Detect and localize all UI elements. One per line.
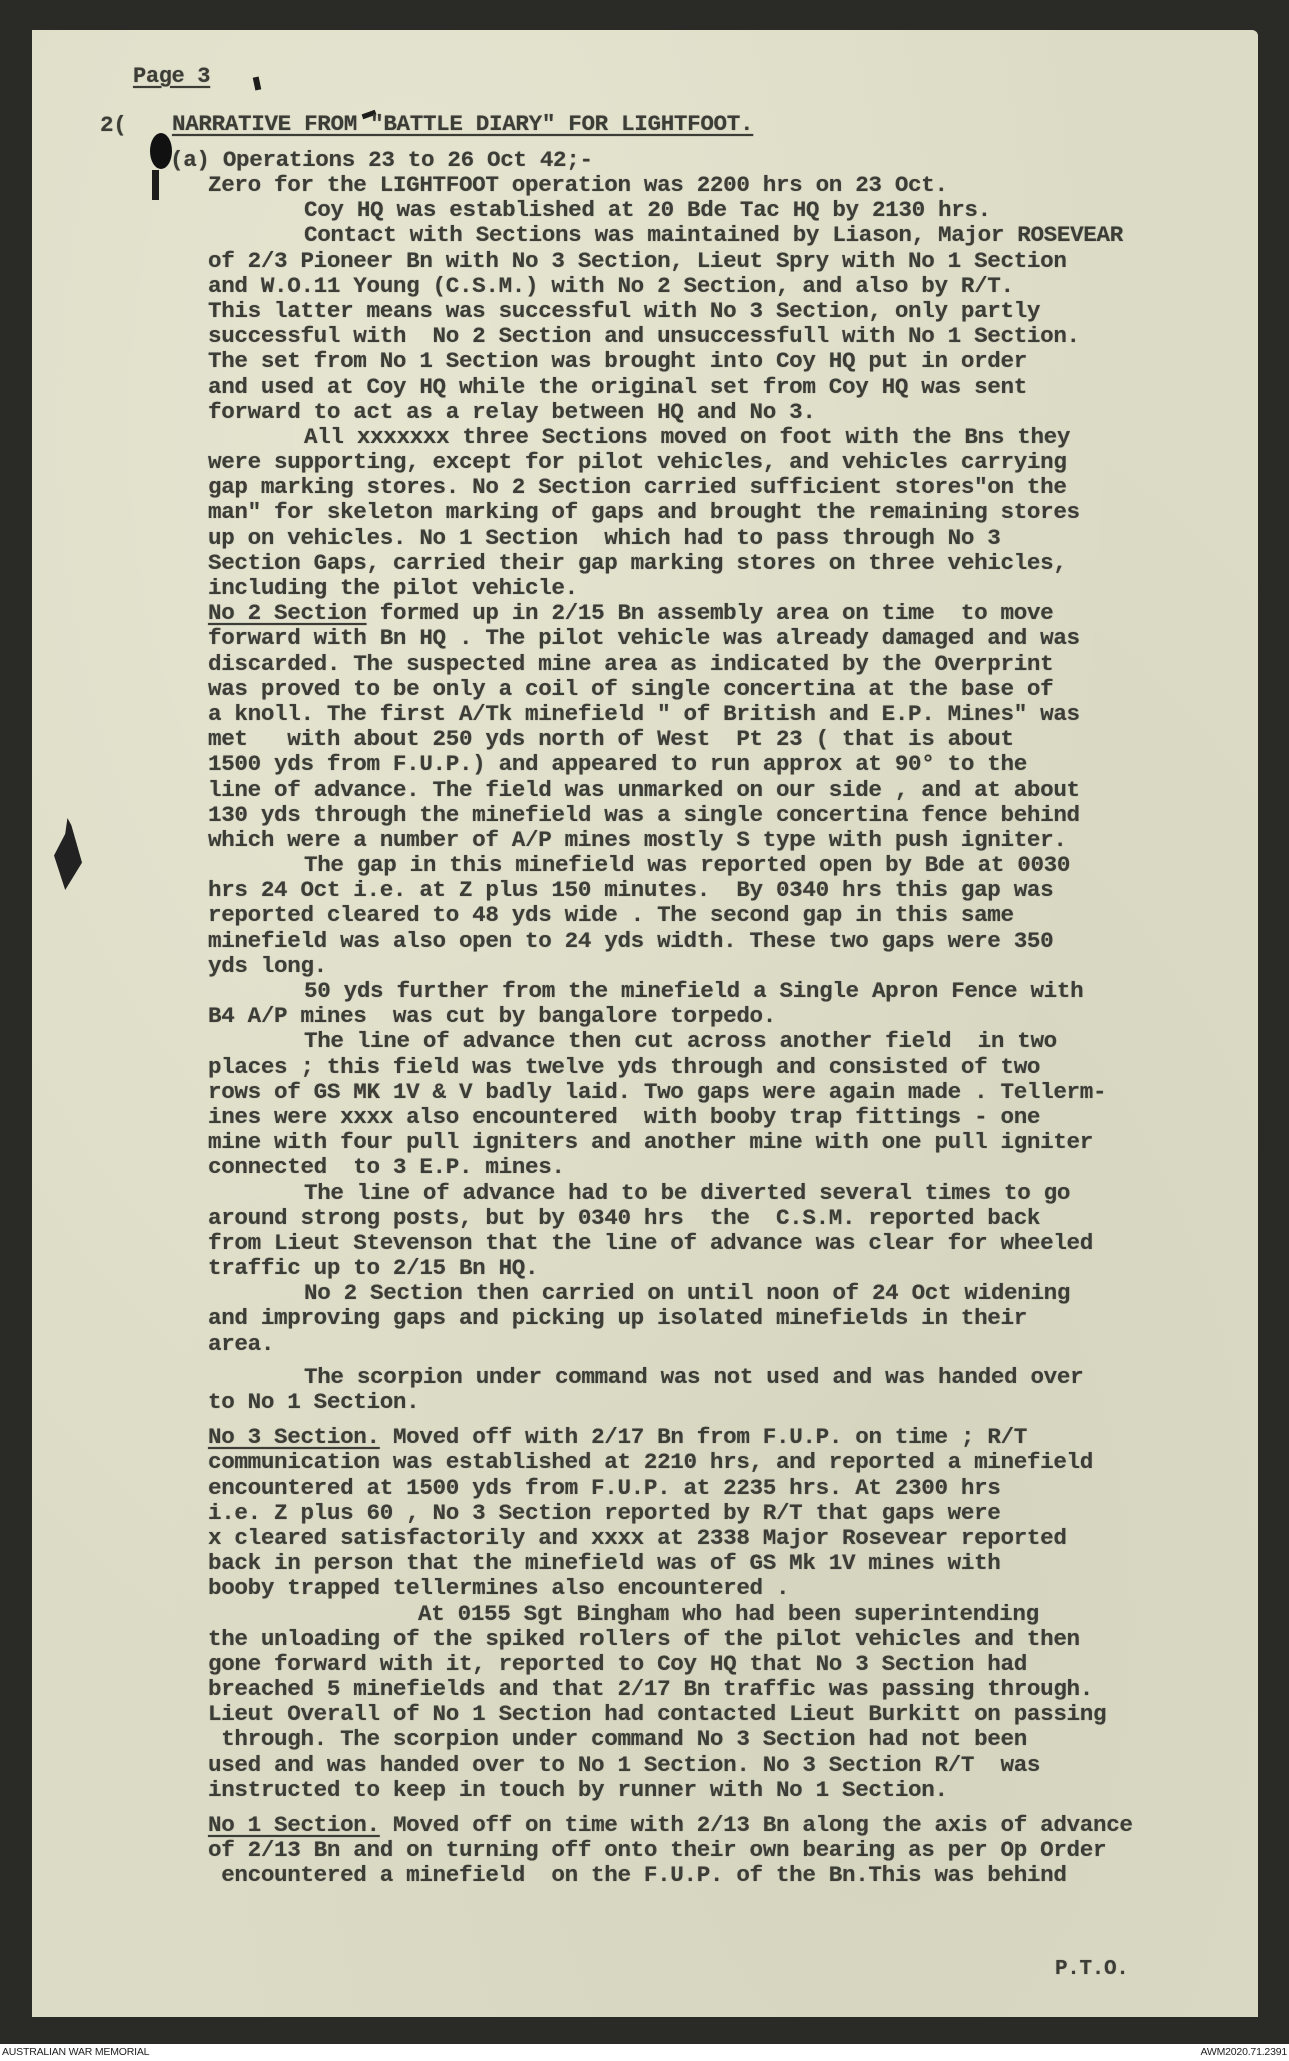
line-text: line of advance. The field was unmarked … [208, 777, 1080, 803]
page-label: Page 3 [133, 64, 210, 89]
line-text: mine with four pull igniters and another… [208, 1129, 1093, 1155]
subsection-heading: (a) Operations 23 to 26 Oct 42;- [170, 148, 593, 173]
line-text: forward to act as a relay between HQ and… [208, 399, 816, 425]
line-text: encountered at 1500 yds from F.U.P. at 2… [208, 1475, 1001, 1501]
line-text: 50 yds further from the minefield a Sing… [304, 978, 1083, 1004]
line-text: yds long. [208, 953, 327, 979]
line-text: from Lieut Stevenson that the line of ad… [208, 1230, 1093, 1256]
line-text: No 2 Section then carried on until noon … [304, 1280, 1070, 1306]
line-text: rows of GS MK 1V & V badly laid. Two gap… [208, 1079, 1106, 1105]
line-text: communication was established at 2210 hr… [208, 1449, 1093, 1475]
section-subheading: No 2 Section [208, 600, 367, 626]
line-text: was proved to be only a coil of single c… [208, 676, 1053, 702]
line-text: forward with Bn HQ . The pilot vehicle w… [208, 625, 1080, 651]
line-text: Coy HQ was established at 20 Bde Tac HQ … [304, 197, 991, 223]
line-text: through. The scorpion under command No 3… [208, 1726, 1027, 1752]
line-text: gone forward with it, reported to Coy HQ… [208, 1651, 1027, 1677]
line-text: This latter means was successful with No… [208, 298, 1040, 324]
line-text: Zero for the LIGHTFOOT operation was 220… [208, 172, 948, 198]
line-text: and improving gaps and picking up isolat… [208, 1305, 1027, 1331]
line-text: ines were xxxx also encountered with boo… [208, 1104, 1040, 1130]
line-text: booby trapped tellermines also encounter… [208, 1575, 789, 1601]
line-text: back in person that the minefield was of… [208, 1550, 1001, 1576]
line-text: The set from No 1 Section was brought in… [208, 348, 1027, 374]
line-text: traffic up to 2/15 Bn HQ. [208, 1255, 538, 1281]
line-text: met with about 250 yds north of West Pt … [208, 726, 1014, 752]
line-text: and W.O.11 Young (C.S.M.) with No 2 Sect… [208, 273, 1014, 299]
line-text: Contact with Sections was maintained by … [304, 222, 1123, 248]
document-heading: NARRATIVE FROM "BATTLE DIARY" FOR LIGHTF… [172, 112, 753, 137]
line-text: The scorpion under command was not used … [304, 1364, 1083, 1390]
line-text: places ; this field was twelve yds throu… [208, 1054, 1040, 1080]
line-text: i.e. Z plus 60 , No 3 Section reported b… [208, 1500, 1001, 1526]
line-text: used and was handed over to No 1 Section… [208, 1752, 1040, 1778]
line-text: a knoll. The first A/Tk minefield " of B… [208, 701, 1080, 727]
line-text: The line of advance then cut across anot… [304, 1028, 1057, 1054]
continuation-note: P.T.O. [1055, 1957, 1129, 1982]
line-text: around strong posts, but by 0340 hrs the… [208, 1205, 1040, 1231]
line-text: area. [208, 1331, 274, 1357]
section-number: 2( [100, 113, 126, 138]
ink-mark [152, 170, 159, 200]
line-text: Moved off on time with 2/13 Bn along the… [393, 1812, 1133, 1838]
line-text: man" for skeleton marking of gaps and br… [208, 499, 1080, 525]
section-subheading: No 1 Section. [208, 1812, 380, 1838]
line-text: The gap in this minefield was reported o… [304, 852, 1070, 878]
line-text: encountered a minefield on the F.U.P. of… [208, 1862, 1067, 1888]
line-text: breached 5 minefields and that 2/17 Bn t… [208, 1676, 1093, 1702]
line-text: reported cleared to 48 yds wide . The se… [208, 902, 1014, 928]
line-text: Lieut Overall of No 1 Section had contac… [208, 1701, 1106, 1727]
line-text: minefield was also open to 24 yds width.… [208, 928, 1053, 954]
line-text: to No 1 Section. [208, 1389, 419, 1415]
line-text: gap marking stores. No 2 Section carried… [208, 474, 1067, 500]
line-text: B4 A/P mines was cut by bangalore torped… [208, 1003, 776, 1029]
line-text: formed up in 2/15 Bn assembly area on ti… [380, 600, 1054, 626]
line-text: connected to 3 E.P. mines. [208, 1154, 565, 1180]
line-text: At 0155 Sgt Bingham who had been superin… [418, 1601, 1039, 1627]
line-text: 130 yds through the minefield was a sing… [208, 802, 1080, 828]
line-text: Moved off with 2/17 Bn from F.U.P. on ti… [393, 1424, 1027, 1450]
line-text: which were a number of A/P mines mostly … [208, 827, 1067, 853]
line-text: successful with No 2 Section and unsucce… [208, 323, 1080, 349]
line-text: up on vehicles. No 1 Section which had t… [208, 525, 1001, 551]
line-text: 1500 yds from F.U.P.) and appeared to ru… [208, 751, 1027, 777]
line-text: were supporting, except for pilot vehicl… [208, 449, 1067, 475]
footer-bar [0, 2044, 1289, 2061]
line-text: including the pilot vehicle. [208, 575, 578, 601]
line-text: hrs 24 Oct i.e. at Z plus 150 minutes. B… [208, 877, 1053, 903]
line-text: and used at Coy HQ while the original se… [208, 374, 1027, 400]
line-text: Section Gaps, carried their gap marking … [208, 550, 1067, 576]
footer-accession-number: AWM2020.71.2391 [1200, 2046, 1287, 2058]
footer-institution: AUSTRALIAN WAR MEMORIAL [2, 2046, 149, 2058]
line-text: All xxxxxxx three Sections moved on foot… [304, 424, 1070, 450]
line-text: of 2/13 Bn and on turning off onto their… [208, 1837, 1106, 1863]
punch-hole-mark [150, 133, 172, 169]
line-text: The line of advance had to be diverted s… [304, 1180, 1070, 1206]
section-subheading: No 3 Section. [208, 1424, 380, 1450]
line-text: of 2/3 Pioneer Bn with No 3 Section, Lie… [208, 248, 1067, 274]
line-text: instructed to keep in touch by runner wi… [208, 1777, 948, 1803]
line-text: x cleared satisfactorily and xxxx at 233… [208, 1525, 1067, 1551]
line-text: discarded. The suspected mine area as in… [208, 651, 1053, 677]
line-text: the unloading of the spiked rollers of t… [208, 1626, 1080, 1652]
